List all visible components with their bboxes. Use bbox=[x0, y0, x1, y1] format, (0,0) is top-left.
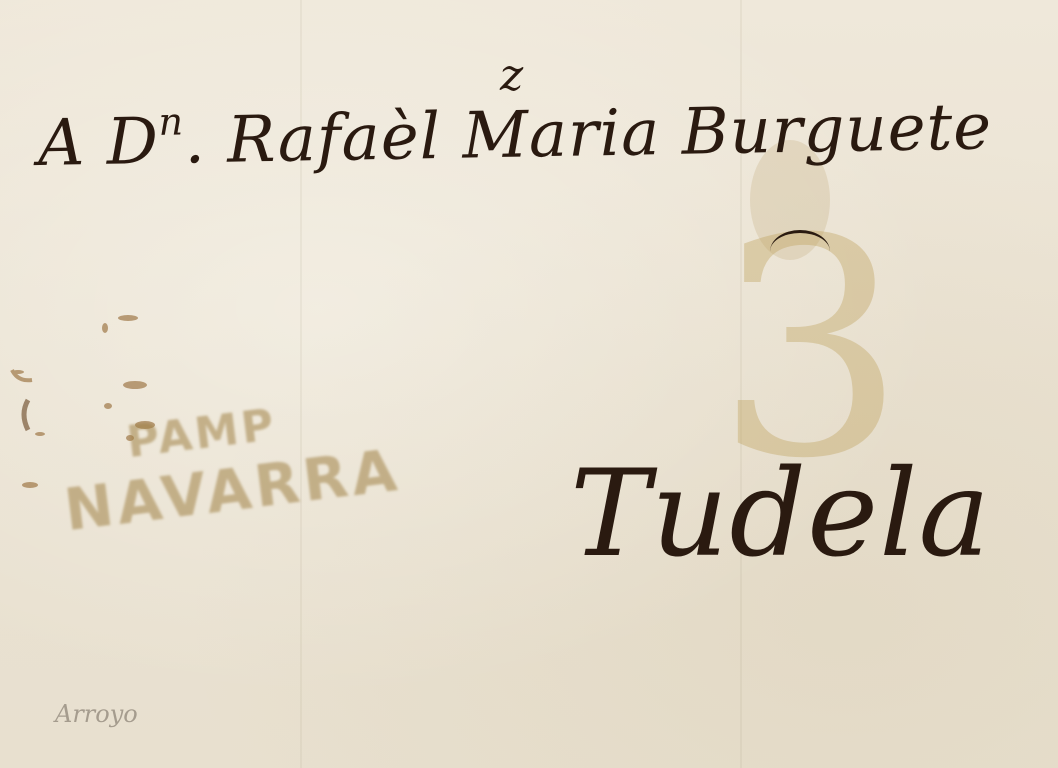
flourish-mark bbox=[770, 230, 830, 273]
addressee-line: A Dn. Rafaèl Maria Burguete bbox=[37, 88, 992, 176]
pencil-note: Arroyo bbox=[55, 700, 138, 728]
address-superscript: n bbox=[158, 99, 184, 143]
top-mark: z bbox=[500, 50, 524, 101]
addressee-name: . Rafaèl Maria Burguete bbox=[184, 90, 993, 178]
letter-cover: z 3 A Dn. Rafaèl Maria Burguete Tudela P… bbox=[0, 0, 1058, 768]
address-prefix: A D bbox=[37, 105, 159, 181]
destination-town: Tudela bbox=[570, 455, 991, 575]
